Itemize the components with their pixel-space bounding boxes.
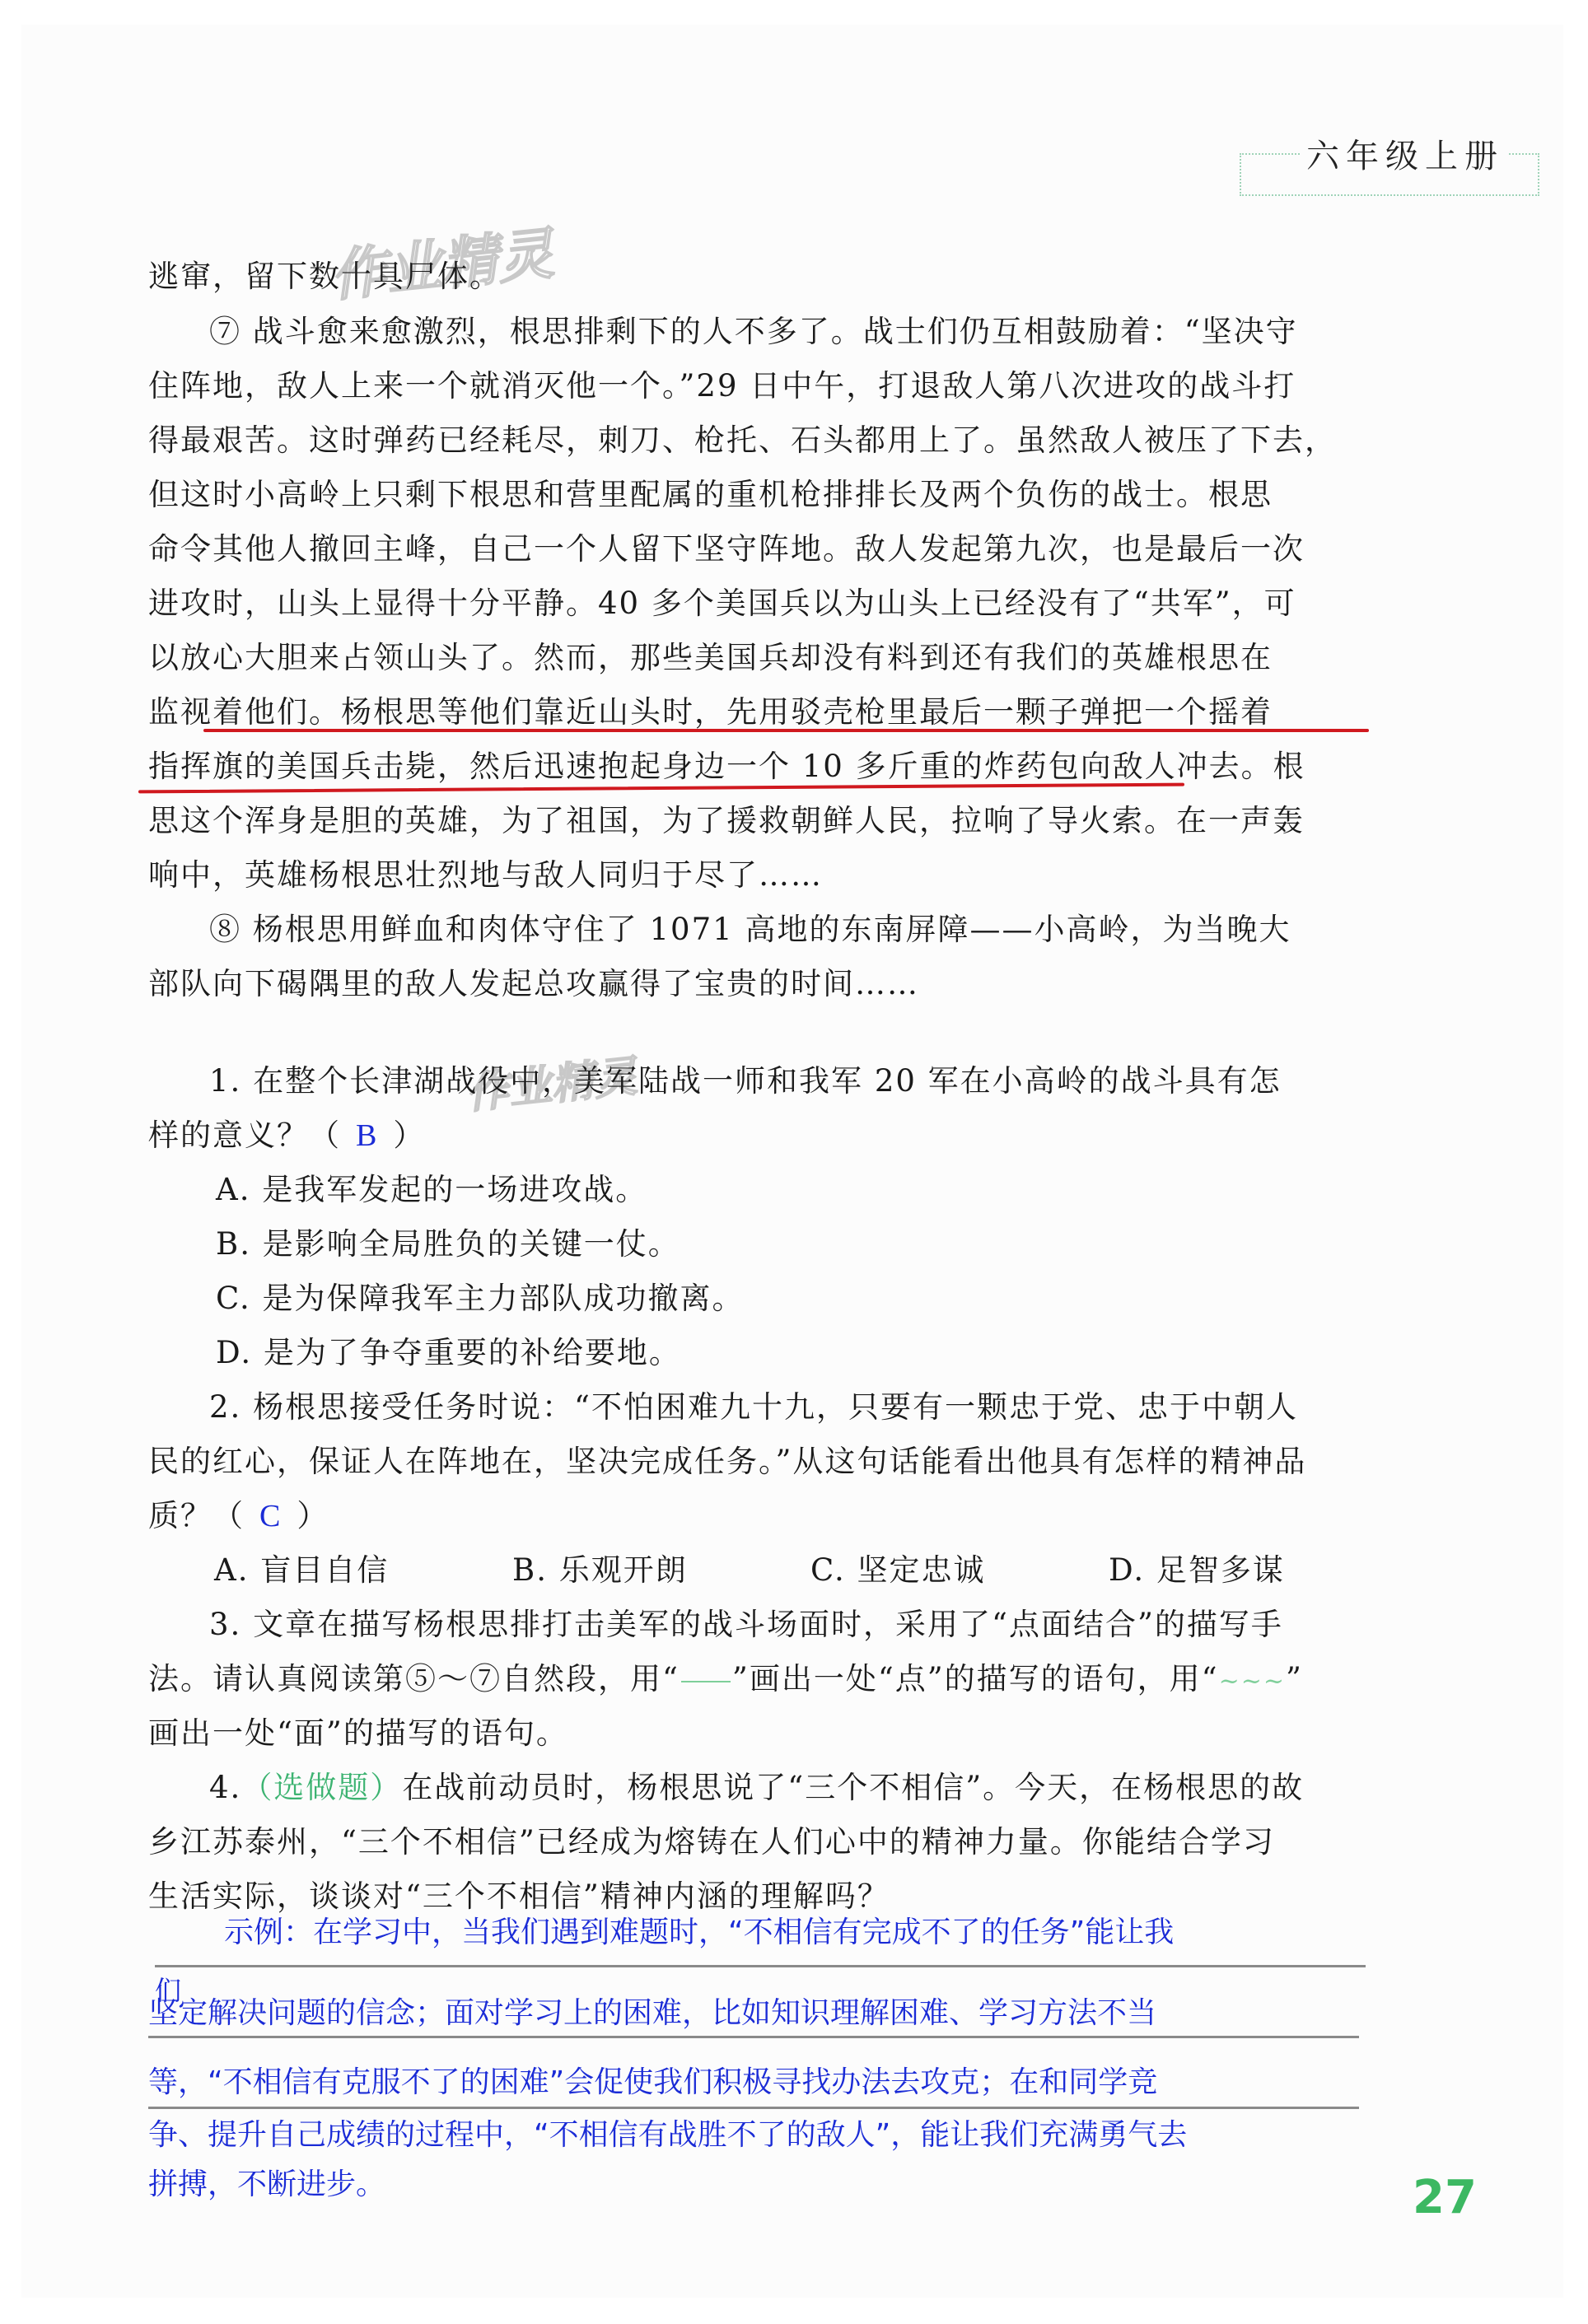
question-2-cont: 民的红心，保证人在阵地在，坚决完成任务。”从这句话能看出他具有怎样的精神品 (148, 1436, 1306, 1481)
option-d: D. 足智多谋 (1109, 1545, 1285, 1589)
answer-rule (148, 2036, 1359, 2038)
red-underline (203, 729, 1369, 732)
option-a: A. 盲目自信 (214, 1545, 512, 1589)
page-number: 27 (1413, 2171, 1477, 2224)
question-2: 2. 杨根思接受任务时说：“不怕困难九十九，只要有一颗忠于党、忠于中朝人 (209, 1382, 1298, 1426)
passage-line: 响中，英雄杨根思壮烈地与敌人同归于尽了…… (148, 850, 823, 894)
passage-line: 进攻时，山头上显得十分平静。40 多个美国兵以为山头上已经没有了“共军”，可 (148, 578, 1296, 623)
passage-line-highlighted: 指挥旗的美国兵击毙，然后迅速抱起身边一个 10 多斤重的炸药包向敌人冲去。根 (148, 741, 1305, 786)
wavy-line-mark: ~~~ (1219, 1667, 1286, 1696)
answer-line: 拼搏，不断进步。 (148, 2161, 385, 2203)
answer-q2: C (245, 1499, 297, 1533)
paren-open: 质？（ (148, 1498, 245, 1533)
question-2-cont: 质？（C） (148, 1491, 329, 1535)
q3-text: ”画出一处“点”的描写的语句，用“ (732, 1661, 1219, 1696)
question-2-options: A. 盲目自信B. 乐观开朗C. 坚定忠诚D. 足智多谋 (214, 1545, 1285, 1589)
passage-line: 部队向下碣隅里的敌人发起总攻赢得了宝贵的时间…… (148, 959, 919, 1003)
passage-line: 得最艰苦。这时弹药已经耗尽，刺刀、枪托、石头都用上了。虽然敌人被压了下去， (148, 415, 1337, 460)
optional-tag: （选做题） (241, 1770, 402, 1805)
q4-text: 在战前动员时，杨根思说了“三个不相信”。今天，在杨根思的故 (402, 1770, 1304, 1805)
question-3: 3. 文章在描写杨根思排打击美军的战斗场面时，采用了“点面结合”的描写手 (209, 1599, 1283, 1644)
passage-line: 但这时小高岭上只剩下根思和营里配属的重机枪排排长及两个负伤的战士。根思 (148, 469, 1273, 514)
answer-line: 争、提升自己成绩的过程中，“不相信有战胜不了的敌人”，能让我们充满勇气去 (148, 2112, 1187, 2154)
paren-open: 样的意义？（ (148, 1118, 341, 1153)
paren-close: ） (297, 1498, 329, 1533)
option-c: C. 坚定忠诚 (810, 1545, 1109, 1589)
answer-line: 坚定解决问题的信念；面对学习上的困难，比如知识理解困难、学习方法不当 (148, 1990, 1156, 2032)
paragraph-8-start: ⑧ 杨根思用鲜血和肉体守住了 1071 高地的东南屏障——小高岭，为当晚大 (209, 904, 1291, 949)
option-b: B. 是影响全局胜负的关键一仗。 (216, 1219, 680, 1263)
answer-line: 示例：在学习中，当我们遇到难题时，“不相信有完成不了的任务”能让我 (224, 1909, 1174, 1951)
q4-number: 4. (209, 1770, 241, 1805)
paren-close: ） (393, 1118, 425, 1153)
passage-line: 以放心大胆来占领山头了。然而，那些美国兵却没有料到还有我们的英雄根思在 (148, 632, 1273, 677)
passage-line: 思这个浑身是胆的英雄，为了祖国，为了援救朝鲜人民，拉响了导火索。在一声轰 (148, 796, 1305, 840)
question-4-cont: 乡江苏泰州，“三个不相信”已经成为熔铸在人们心中的精神力量。你能结合学习 (148, 1817, 1275, 1861)
question-3-cont: 法。请认真阅读第⑤～⑦自然段，用“”画出一处“点”的描写的语句，用“~~~” (148, 1654, 1303, 1698)
answer-rule (148, 2107, 1359, 2109)
question-4: 4.（选做题）在战前动员时，杨根思说了“三个不相信”。今天，在杨根思的故 (209, 1762, 1304, 1807)
option-d: D. 是为了争夺重要的补给要地。 (216, 1328, 681, 1372)
q3-text: 法。请认真阅读第⑤～⑦自然段，用“ (148, 1661, 680, 1696)
answer-line: 等，“不相信有克服不了的困难”会促使我们积极寻找办法去攻克；在和同学竞 (148, 2059, 1157, 2101)
passage-line: 住阵地，敌人上来一个就消灭他一个。”29 日中午，打退敌人第八次进攻的战斗打 (148, 361, 1296, 405)
passage-line: 逃窜，留下数十具尸体。 (148, 251, 502, 296)
page-header-title: 六年级上册 (1301, 130, 1509, 177)
option-b: B. 乐观开朗 (512, 1545, 810, 1589)
question-1-cont: 样的意义？（B） (148, 1110, 425, 1155)
passage-line: 命令其他人撤回主峰，自己一个人留下坚守阵地。敌人发起第九次，也是最后一次 (148, 524, 1305, 568)
q3-text: ” (1286, 1661, 1303, 1696)
option-c: C. 是为保障我军主力部队成功撤离。 (216, 1273, 745, 1318)
question-1: 1. 在整个长津湖战役中，美军陆战一师和我军 20 军在小高岭的战斗具有怎 (209, 1056, 1282, 1100)
answer-q1: B (341, 1118, 393, 1153)
passage-line-highlighted: 监视着他们。杨根思等他们靠近山头时，先用驳壳枪里最后一颗子弹把一个摇着 (148, 687, 1273, 731)
question-3-cont: 画出一处“面”的描写的语句。 (148, 1708, 568, 1752)
answer-rule (155, 1965, 1366, 1967)
option-a: A. 是我军发起的一场进攻战。 (216, 1164, 647, 1209)
paragraph-7-start: ⑦ 战斗愈来愈激烈，根思排剩下的人不多了。战士们仍互相鼓励着：“坚决守 (209, 306, 1298, 351)
straight-line-mark (681, 1681, 731, 1682)
